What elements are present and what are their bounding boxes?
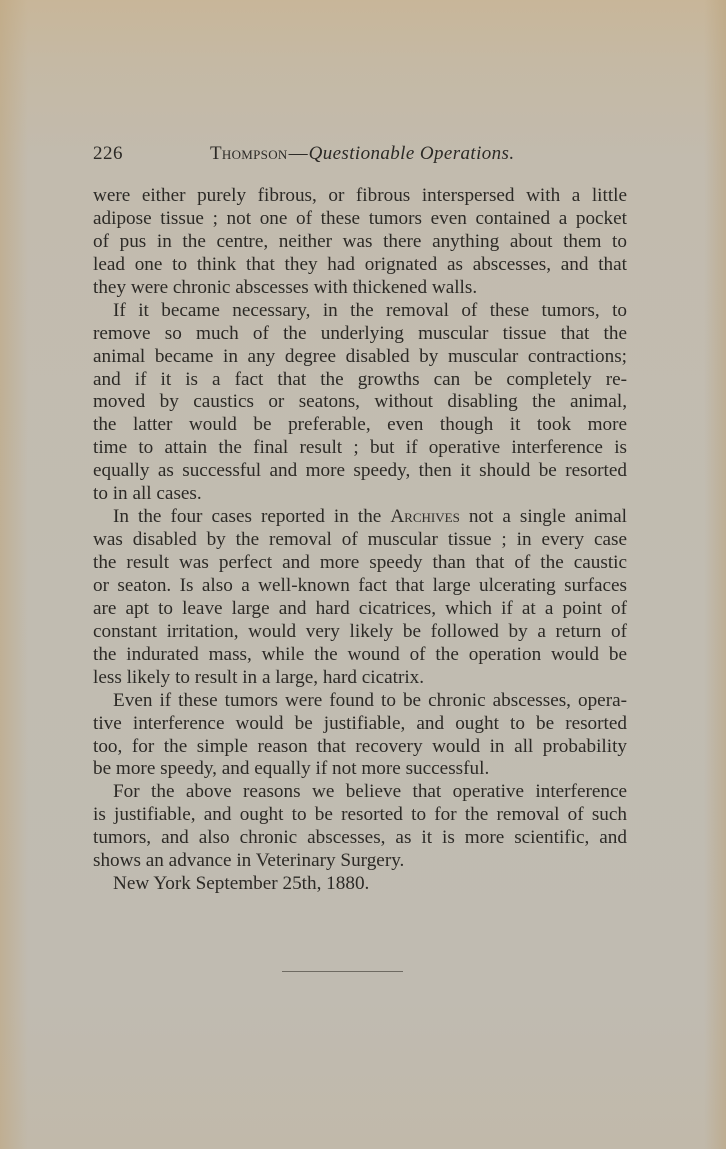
text-line: the latter would be preferable, even tho… — [93, 414, 627, 437]
section-end-rule — [282, 971, 403, 972]
paragraph: Even if these tumors were found to be ch… — [93, 690, 627, 782]
running-head-dash: — — [289, 143, 308, 164]
text-line: Even if these tumors were found to be ch… — [93, 690, 627, 713]
paragraph: were either purely fibrous, or fibrous i… — [93, 185, 627, 300]
text-line: In the four cases reported in the Archiv… — [93, 506, 627, 529]
book-page: 226 Thompson—Questionable Operations. we… — [0, 0, 726, 1149]
text-line: equally as successful and more speedy, t… — [93, 460, 627, 483]
text-line: shows an advance in Veterinary Surgery. — [93, 850, 627, 873]
text-line: tive interference would be justifiable, … — [93, 713, 627, 736]
journal-name-small-caps: Archives — [390, 506, 459, 527]
text-line: was disabled by the removal of muscular … — [93, 529, 627, 552]
paragraph: In the four cases reported in the Archiv… — [93, 506, 627, 690]
text-line: time to attain the final result ; but if… — [93, 437, 627, 460]
text-line: lead one to think that they had orignate… — [93, 254, 627, 277]
text-line: too, for the simple reason that recovery… — [93, 736, 627, 759]
text-line: to in all cases. — [93, 483, 627, 506]
text-line: were either purely fibrous, or fibrous i… — [93, 185, 627, 208]
text-run: In the four cases reported in the — [113, 506, 390, 527]
page-number: 226 — [93, 143, 123, 165]
paragraph: If it became necessary, in the removal o… — [93, 300, 627, 506]
text-line: of pus in the centre, neither was there … — [93, 231, 627, 254]
text-line: the result was perfect and more speedy t… — [93, 552, 627, 575]
text-line: or seaton. Is also a well-known fact tha… — [93, 575, 627, 598]
text-run: not a single animal — [460, 506, 627, 527]
dateline: New York September 25th, 1880. — [93, 873, 627, 896]
paragraph: For the above reasons we believe that op… — [93, 781, 627, 873]
text-line: be more speedy, and equally if not more … — [93, 758, 627, 781]
text-line: the indurated mass, while the wound of t… — [93, 644, 627, 667]
article-body: were either purely fibrous, or fibrous i… — [93, 185, 627, 896]
text-line: For the above reasons we believe that op… — [93, 781, 627, 804]
text-line: less likely to result in a large, hard c… — [93, 667, 627, 690]
running-head: 226 Thompson—Questionable Operations. — [93, 143, 627, 169]
text-line: constant irritation, would very likely b… — [93, 621, 627, 644]
text-line: tumors, and also chronic abscesses, as i… — [93, 827, 627, 850]
text-line: is justifiable, and ought to be resorted… — [93, 804, 627, 827]
text-line: moved by caustics or seatons, without di… — [93, 391, 627, 414]
running-title: Thompson—Questionable Operations. — [210, 143, 515, 165]
text-line: remove so much of the underlying muscula… — [93, 323, 627, 346]
text-line: adipose tissue ; not one of these tumors… — [93, 208, 627, 231]
text-line: and if it is a fact that the growths can… — [93, 369, 627, 392]
text-line: they were chronic abscesses with thicken… — [93, 277, 627, 300]
text-line: are apt to leave large and hard cicatric… — [93, 598, 627, 621]
text-line: If it became necessary, in the removal o… — [93, 300, 627, 323]
running-head-author: Thompson — [210, 143, 288, 164]
running-head-article-title: Questionable Operations. — [309, 143, 515, 164]
text-line: animal became in any degree disabled by … — [93, 346, 627, 369]
